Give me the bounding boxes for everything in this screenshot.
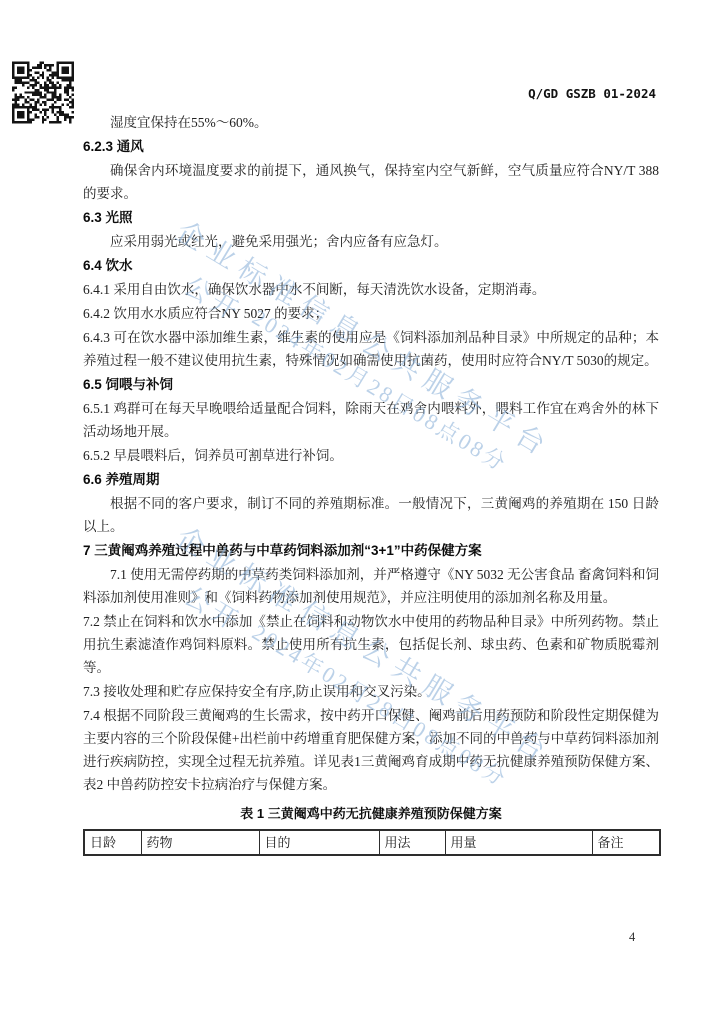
col-header-dosage: 用量 [445,830,592,855]
paragraph-6-4-1: 6.4.1 采用自由饮水，确保饮水器中水不间断，每天清洗饮水设备，定期消毒。 [83,278,659,301]
heading-6-2-3: 6.2.3 通风 [83,135,659,158]
heading-6-4: 6.4 饮水 [83,254,659,277]
doc-code: Q/GD GSZB 01-2024 [528,86,656,101]
table1: 日龄 药物 目的 用法 用量 备注 [83,829,661,856]
heading-7: 7 三黄阉鸡养殖过程中兽药与中草药饲料添加剂“3+1”中药保健方案 [83,539,659,562]
paragraph-7-1: 7.1 使用无需停药期的中草药类饲料添加剂，并严格遵守《NY 5032 无公害食… [83,563,659,609]
col-header-note: 备注 [592,830,660,855]
paragraph-7-3: 7.3 接收处理和贮存应保持安全有序,防止误用和交叉污染。 [83,680,659,703]
paragraph-6-5-2: 6.5.2 早晨喂料后，饲养员可割草进行补饲。 [83,444,659,467]
document-page: Q/GD GSZB 01-2024 湿度宜保持在55%～60%。 6.2.3 通… [0,0,720,1018]
document-body: 湿度宜保持在55%～60%。 6.2.3 通风 确保舍内环境温度要求的前提下，通… [83,111,659,856]
heading-6-6: 6.6 养殖周期 [83,468,659,491]
page-number: 4 [629,930,635,945]
col-header-method: 用法 [379,830,445,855]
paragraph-7-2: 7.2 禁止在饲料和饮水中添加《禁止在饲料和动物饮水中使用的药物品种目录》中所列… [83,610,659,679]
paragraph-light: 应采用弱光或红光，避免采用强光；舍内应备有应急灯。 [83,230,659,253]
paragraph-6-4-3: 6.4.3 可在饮水器中添加维生素，维生素的使用应是《饲料添加剂品种目录》中所规… [83,326,659,372]
paragraph-ventilation: 确保舍内环境温度要求的前提下，通风换气，保持室内空气新鲜，空气质量应符合NY/T… [83,159,659,205]
col-header-purpose: 目的 [259,830,379,855]
heading-6-5: 6.5 饲喂与补饲 [83,373,659,396]
paragraph-cycle: 根据不同的客户要求，制订不同的养殖期标准。一般情况下，三黄阉鸡的养殖期在 150… [83,492,659,538]
qr-code-icon [12,61,74,124]
paragraph-6-5-1: 6.5.1 鸡群可在每天早晚喂给适量配合饲料，除雨天在鸡舍内喂料外，喂料工作宜在… [83,397,659,443]
table1-caption: 表 1 三黄阉鸡中药无抗健康养殖预防保健方案 [83,802,659,825]
col-header-age: 日龄 [84,830,141,855]
col-header-drug: 药物 [141,830,259,855]
heading-6-3: 6.3 光照 [83,206,659,229]
paragraph-7-4: 7.4 根据不同阶段三黄阉鸡的生长需求，按中药开口保健、阉鸡前后用药预防和阶段性… [83,704,659,796]
paragraph-6-4-2: 6.4.2 饮用水水质应符合NY 5027 的要求； [83,302,659,325]
paragraph-humidity: 湿度宜保持在55%～60%。 [83,111,659,134]
table-header-row: 日龄 药物 目的 用法 用量 备注 [84,830,660,855]
